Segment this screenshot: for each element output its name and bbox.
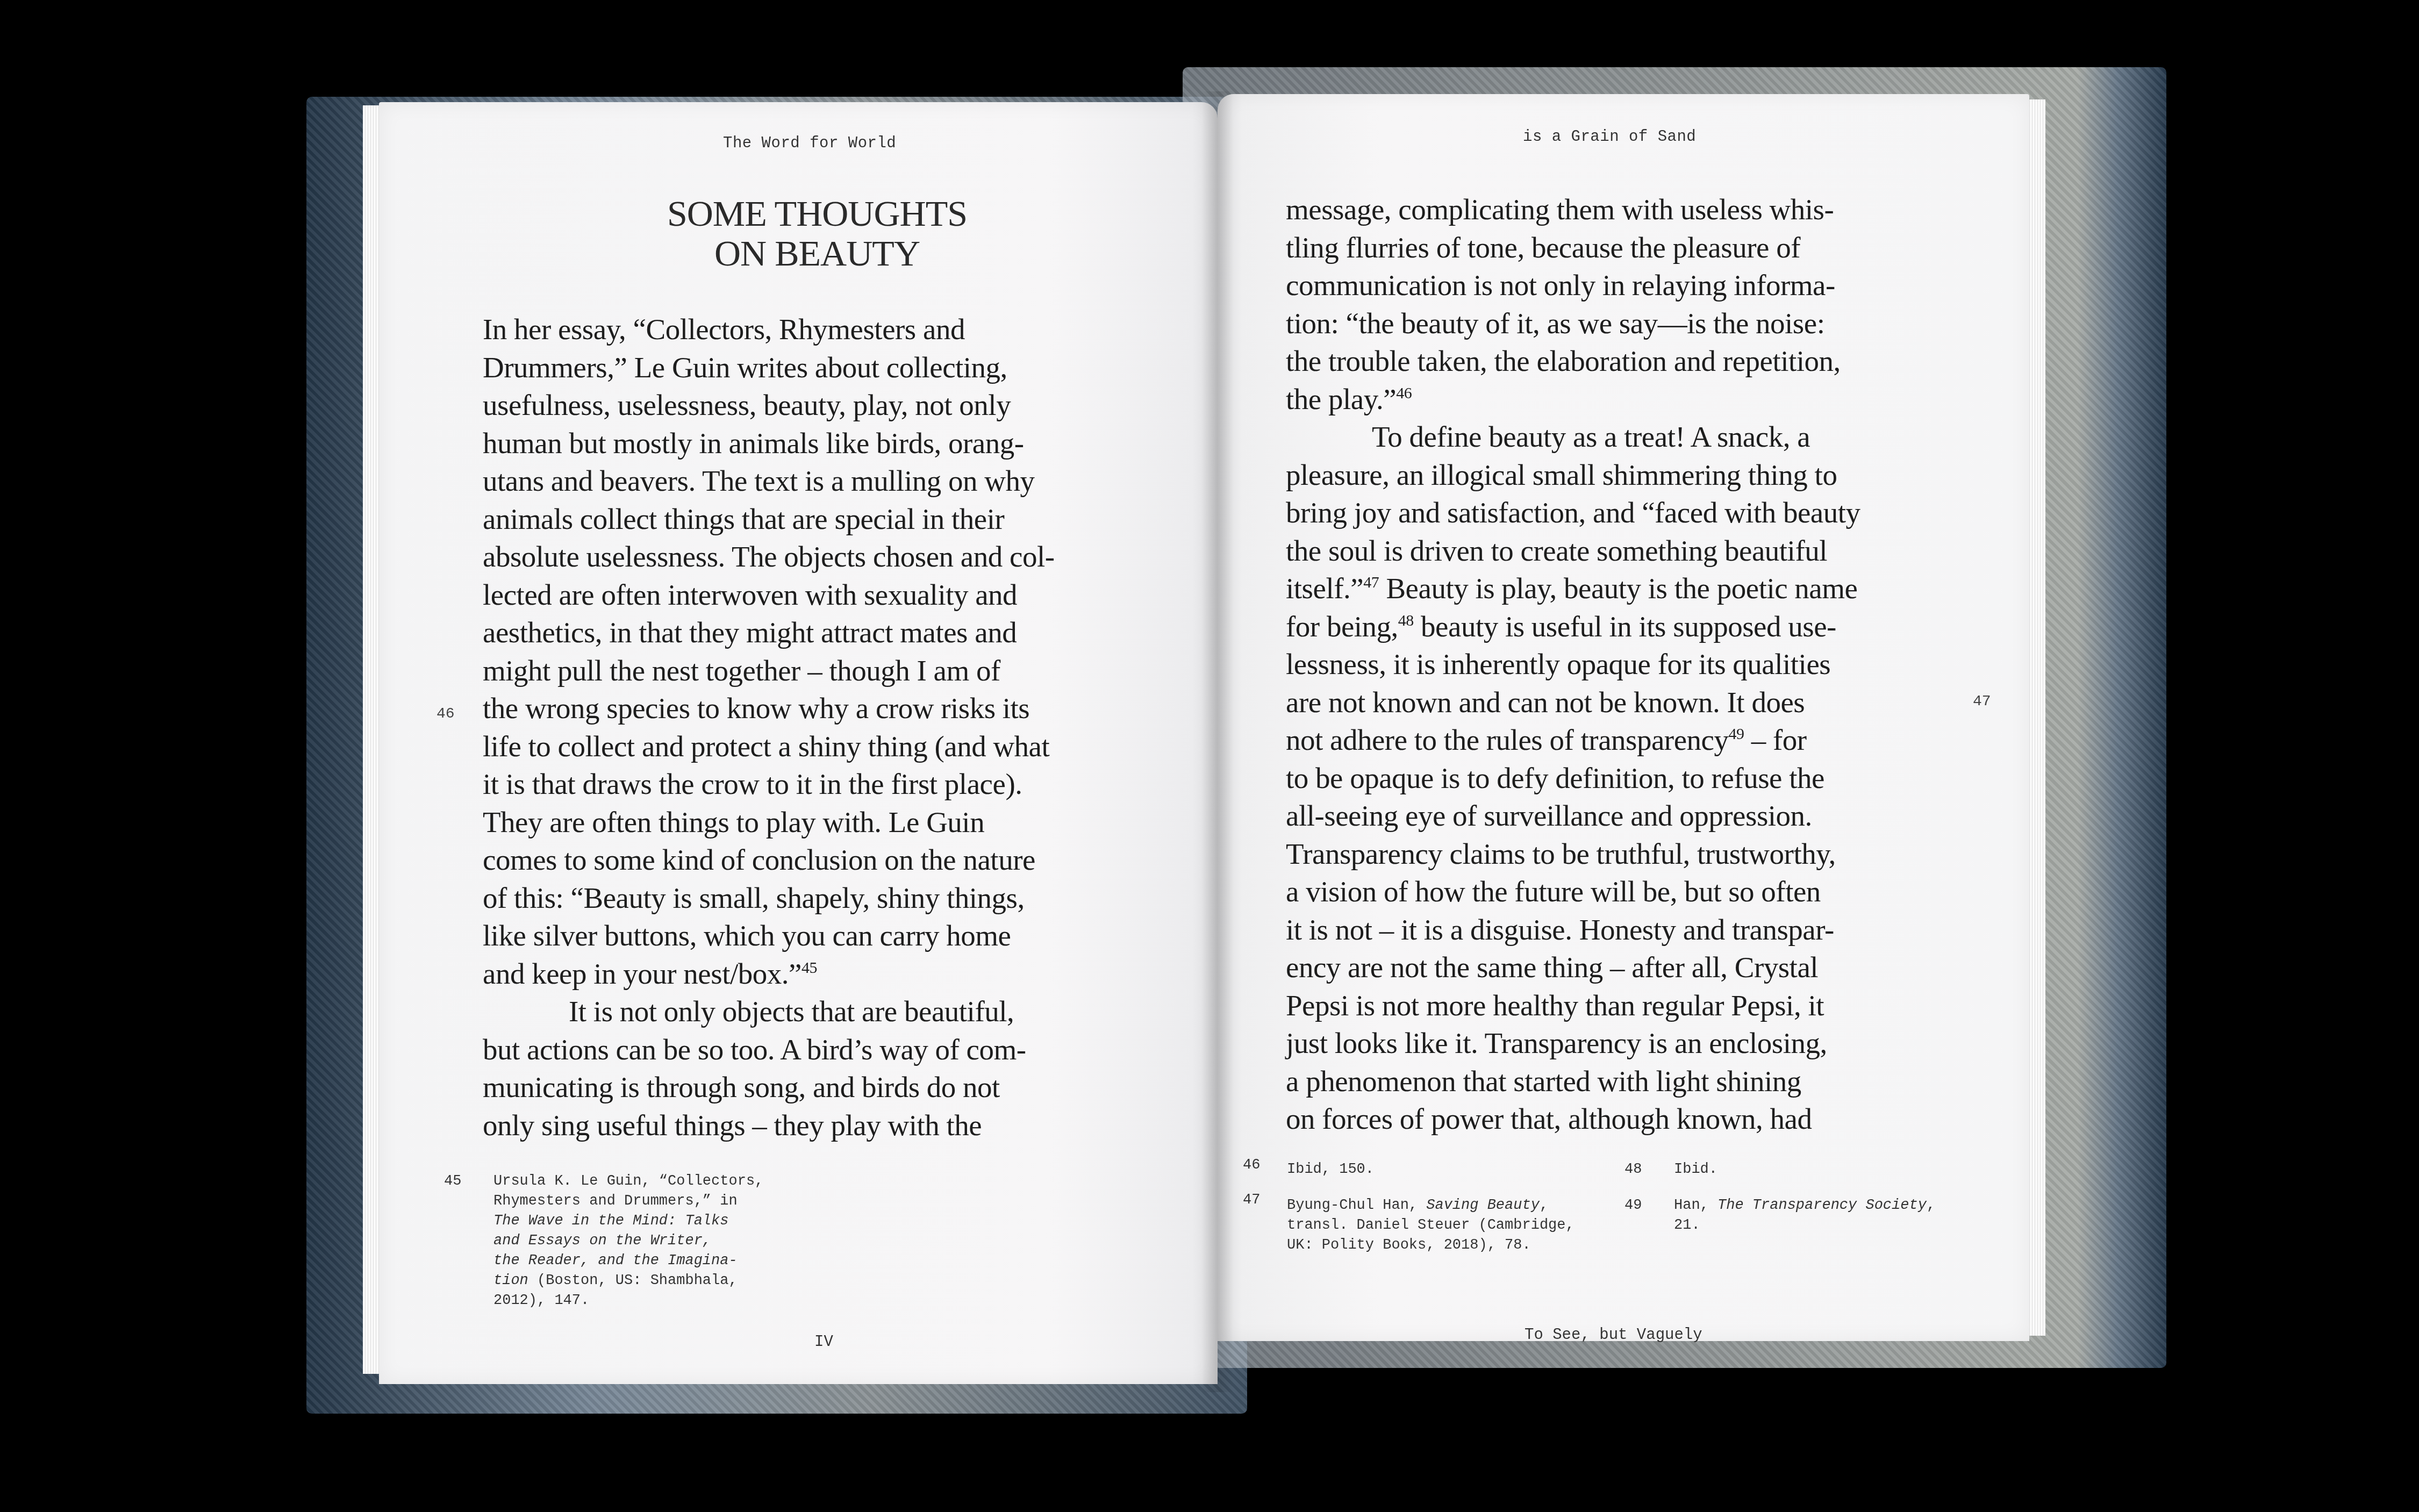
footnote-number: 46 (1243, 1156, 1260, 1176)
margin-page-number-right: 47 (1973, 693, 1991, 710)
footnote-line: Ursula K. Le Guin, “Collectors, (493, 1172, 763, 1192)
text-line: In her essay, “Collectors, Rhymesters an… (483, 311, 1055, 349)
footnote-fragment: , (1927, 1198, 1935, 1214)
text-line: To define beauty as a treat! A snack, a (1286, 418, 1860, 456)
footnote-italic: tion (493, 1273, 528, 1289)
text-line: tion: “the beauty of it, as we say—is th… (1286, 305, 1860, 343)
text-line: lessness, it is inherently opaque for it… (1286, 646, 1860, 684)
right-body-text: message, complicating them with useless … (1286, 191, 1860, 1138)
footnote-ref-49[interactable]: 49 (1729, 725, 1744, 743)
text-line: message, complicating them with useless … (1286, 191, 1860, 229)
text-line: and keep in your nest/box.”45 (483, 955, 1055, 993)
text-line: of this: “Beauty is small, shapely, shin… (483, 879, 1055, 918)
text-line: all-seeing eye of surveillance and oppre… (1286, 797, 1860, 835)
text-line: They are often things to play with. Le G… (483, 804, 1055, 842)
footnote-line: Ibid, 150. (1287, 1160, 1374, 1180)
text-line: animals collect things that are special … (483, 500, 1055, 539)
text-line: utans and beavers. The text is a mulling… (483, 462, 1055, 500)
footnote-ref-48[interactable]: 48 (1398, 612, 1414, 629)
running-head-left: The Word for World (723, 134, 896, 152)
text-line: like silver buttons, which you can carry… (483, 917, 1055, 955)
footnote-number: 45 (444, 1172, 461, 1192)
text-fragment: – for (1744, 723, 1807, 756)
text-line: It is not only objects that are beautifu… (483, 993, 1055, 1031)
chapter-title: SOME THOUGHTS ON BEAUTY (653, 194, 981, 273)
text-line: Transparency claims to be truthful, trus… (1286, 835, 1860, 873)
footnote-48: 48 Ibid. (1624, 1160, 1969, 1192)
text-line: human but mostly in animals like birds, … (483, 425, 1055, 463)
text-fragment: beauty is useful in its supposed use- (1414, 610, 1836, 643)
text-line: it is that draws the crow to it in the f… (483, 765, 1055, 804)
title-line-2: ON BEAUTY (653, 233, 981, 273)
footnote-ref-45[interactable]: 45 (801, 959, 817, 977)
left-body-text: In her essay, “Collectors, Rhymesters an… (483, 311, 1055, 1144)
text-line: the play.”46 (1286, 381, 1860, 419)
footnote-ref-47[interactable]: 47 (1363, 574, 1379, 591)
text-line: just looks like it. Transparency is an e… (1286, 1024, 1860, 1063)
text-fragment: itself.” (1286, 572, 1363, 605)
text-line: not adhere to the rules of transparency4… (1286, 721, 1860, 759)
footnote-line: Ibid. (1674, 1160, 1717, 1180)
footnote-text: Ibid, 150. (1287, 1160, 1374, 1180)
footnote-text: Han, The Transparency Society, 21. (1674, 1196, 1935, 1236)
footnote-45: 45 Ursula K. Le Guin, “Collectors, Rhyme… (444, 1172, 820, 1333)
text-line: lected are often interwoven with sexuali… (483, 576, 1055, 614)
footnote-italic: The Transparency Society (1717, 1198, 1927, 1214)
text-line: might pull the nest together – though I … (483, 652, 1055, 690)
text-line: but actions can be so too. A bird’s way … (483, 1031, 1055, 1069)
text-line: for being,48 beauty is useful in its sup… (1286, 608, 1860, 646)
text-line: communication is not only in relaying in… (1286, 267, 1860, 305)
footnote-line: transl. Daniel Steuer (Cambridge, (1287, 1216, 1575, 1236)
text-line: the soul is driven to create something b… (1286, 532, 1860, 570)
footnote-italic: Saving Beauty (1426, 1198, 1540, 1214)
footnote-line: Han, The Transparency Society, (1674, 1196, 1935, 1216)
footnote-ref-46[interactable]: 46 (1396, 384, 1412, 402)
text-line: comes to some kind of conclusion on the … (483, 841, 1055, 879)
footnote-italic: The Wave in the Mind: Talks (493, 1213, 728, 1229)
title-line-1: SOME THOUGHTS (653, 194, 981, 233)
text-line: itself.”47 Beauty is play, beauty is the… (1286, 570, 1860, 608)
footnote-text: Byung-Chul Han, Saving Beauty, transl. D… (1287, 1196, 1575, 1256)
text-fragment: the play.” (1286, 383, 1396, 415)
text-line: Pepsi is not more healthy than regular P… (1286, 987, 1860, 1025)
footnote-line: Rhymesters and Drummers,” in (493, 1192, 763, 1212)
footnote-49: 49 Han, The Transparency Society, 21. (1624, 1196, 1990, 1244)
folio-left: IV (814, 1333, 833, 1351)
text-line: a vision of how the future will be, but … (1286, 873, 1860, 911)
footnote-fragment: (Boston, US: Shambhala, (528, 1273, 738, 1289)
footnote-line: UK: Polity Books, 2018), 78. (1287, 1236, 1575, 1256)
text-line: are not known and can not be known. It d… (1286, 684, 1860, 722)
folio-right: To See, but Vaguely (1525, 1326, 1702, 1344)
footnote-text: Ibid. (1674, 1160, 1717, 1180)
footnote-number: 49 (1624, 1196, 1642, 1216)
footnote-line: The Wave in the Mind: Talks (493, 1212, 763, 1231)
footnote-number: 48 (1624, 1160, 1642, 1180)
footnote-fragment: Byung-Chul Han, (1287, 1198, 1426, 1214)
footnote-fragment: Han, (1674, 1198, 1717, 1214)
text-line: usefulness, uselessness, beauty, play, n… (483, 386, 1055, 425)
footnote-47: 47 Byung-Chul Han, Saving Beauty, transl… (1243, 1191, 1587, 1260)
text-line: bring joy and satisfaction, and “faced w… (1286, 494, 1860, 532)
footnote-line: tion (Boston, US: Shambhala, (493, 1271, 763, 1291)
text-line: to be opaque is to defy definition, to r… (1286, 759, 1860, 798)
text-fragment: Beauty is play, beauty is the poetic nam… (1379, 572, 1857, 605)
text-line: pleasure, an illogical small shimmering … (1286, 456, 1860, 495)
text-line: absolute uselessness. The objects chosen… (483, 538, 1055, 576)
footnote-italic: the Reader, and the Imagina- (493, 1253, 738, 1269)
footnote-line: the Reader, and the Imagina- (493, 1251, 763, 1271)
text-line: tling flurries of tone, because the plea… (1286, 229, 1860, 267)
footnote-fragment: , (1540, 1198, 1548, 1214)
text-line: the wrong species to know why a crow ris… (483, 690, 1055, 728)
footnote-line: 2012), 147. (493, 1291, 763, 1311)
text-line: it is not – it is a disguise. Honesty an… (1286, 911, 1860, 949)
footnote-line: Byung-Chul Han, Saving Beauty, (1287, 1196, 1575, 1216)
text-line: on forces of power that, although known,… (1286, 1100, 1860, 1138)
text-fragment: not adhere to the rules of transparency (1286, 723, 1729, 756)
margin-page-number-left: 46 (436, 706, 455, 722)
footnote-46: 46 Ibid, 150. (1243, 1156, 1587, 1188)
text-line: municating is through song, and birds do… (483, 1069, 1055, 1107)
text-line: ency are not the same thing – after all,… (1286, 949, 1860, 987)
text-fragment: for being, (1286, 610, 1398, 643)
text-line: aesthetics, in that they might attract m… (483, 614, 1055, 652)
footnote-text: Ursula K. Le Guin, “Collectors, Rhymeste… (493, 1172, 763, 1311)
footnote-line: 21. (1674, 1216, 1935, 1236)
footnote-line: and Essays on the Writer, (493, 1231, 763, 1251)
text-line: the trouble taken, the elaboration and r… (1286, 342, 1860, 381)
text-fragment: and keep in your nest/box.” (483, 957, 801, 990)
footnote-number: 47 (1243, 1191, 1260, 1210)
text-line: a phenomenon that started with light shi… (1286, 1063, 1860, 1101)
text-line: life to collect and protect a shiny thin… (483, 728, 1055, 766)
gutter (1201, 91, 1234, 1392)
footnote-italic: and Essays on the Writer, (493, 1233, 711, 1249)
running-head-right: is a Grain of Sand (1523, 128, 1696, 146)
text-line: only sing useful things – they play with… (483, 1107, 1055, 1145)
text-line: Drummers,” Le Guin writes about collecti… (483, 349, 1055, 387)
